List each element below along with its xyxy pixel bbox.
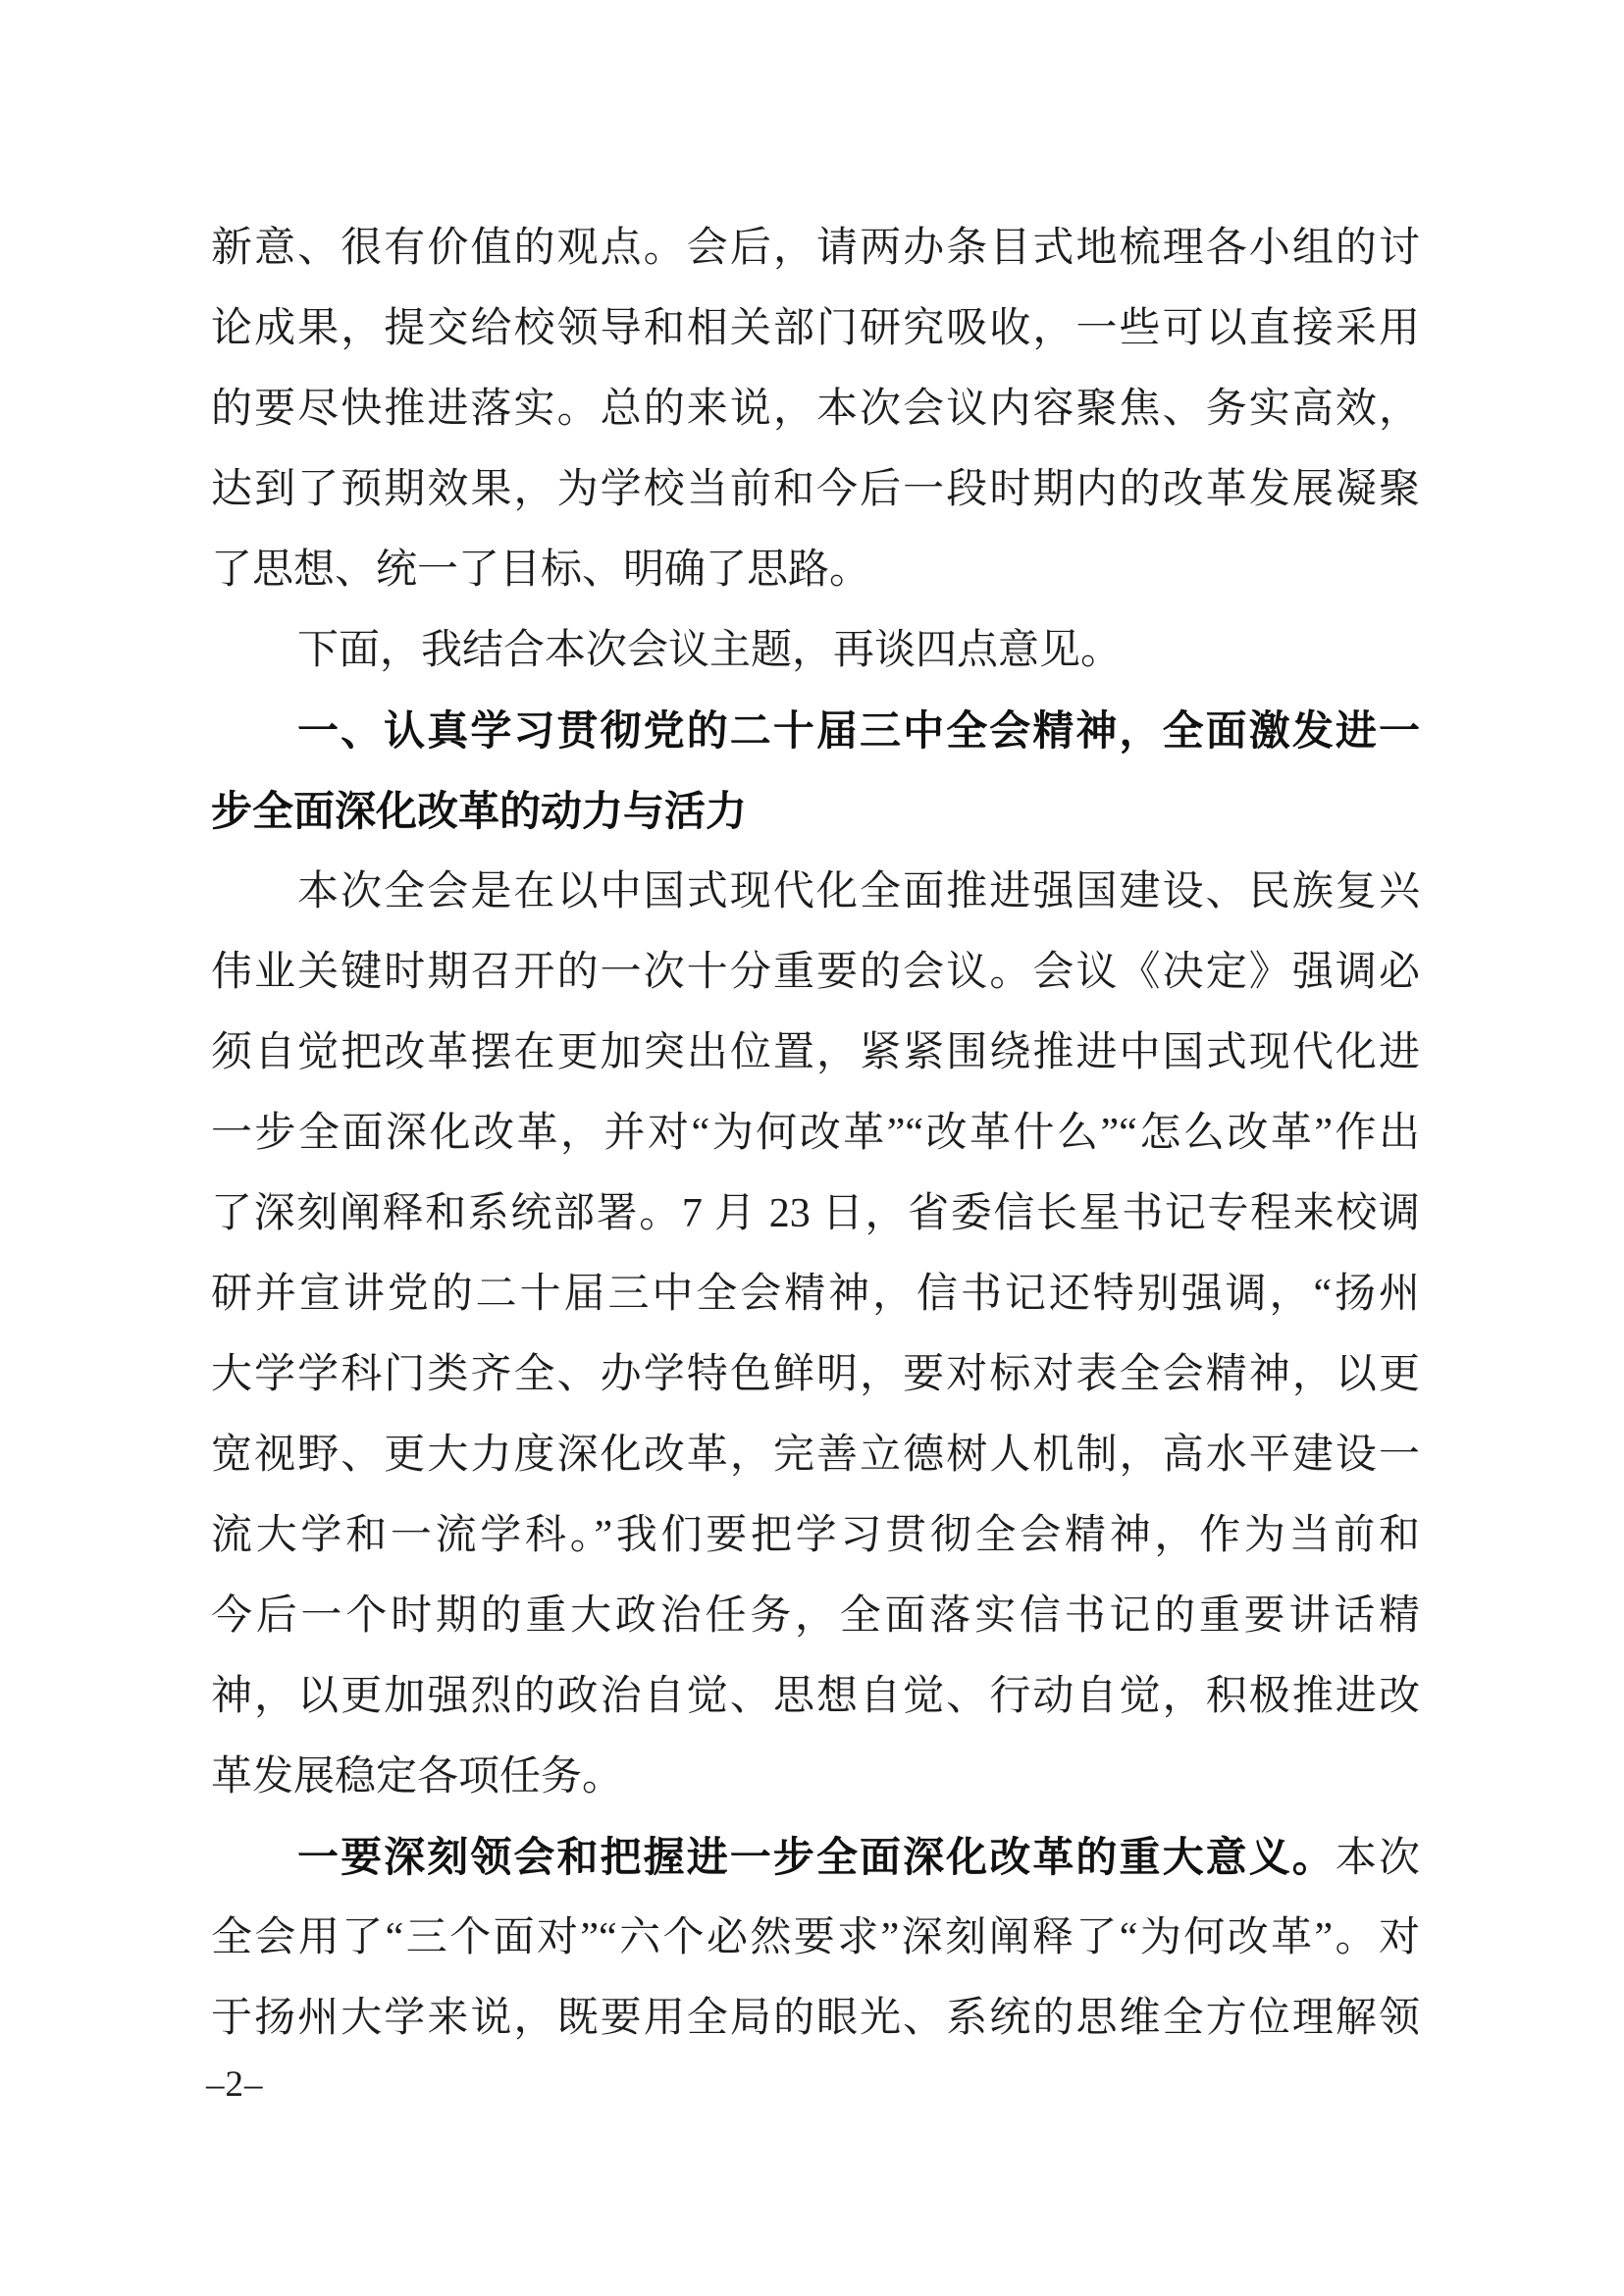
text-line: 一要深刻领会和把握进一步全面深化改革的重大意义。本次	[211, 1817, 1420, 1898]
body-text: 论成果，提交给校领导和相关部门研究吸收，一些可以直接采用	[211, 306, 1420, 351]
heading-line: 一、认真学习贯彻党的二十届三中全会精神，全面激发进一	[211, 691, 1420, 771]
body-text: 于扬州大学来说，既要用全局的眼光、系统的思维全方位理解领	[211, 1996, 1420, 2041]
document-page: 新意、很有价值的观点。会后，请两办条目式地梳理各小组的讨论成果，提交给校领导和相…	[0, 0, 1624, 2296]
body-text: 须自觉把改革摆在更加突出位置，紧紧围绕推进中国式现代化进	[211, 1030, 1420, 1075]
text-line: 革发展稳定各项任务。	[211, 1737, 1420, 1817]
text-line: 了深刻阐释和系统部署。7 月 23 日，省委信长星书记专程来校调	[211, 1174, 1420, 1254]
text-line: 流大学和一流学科。”我们要把学习贯彻全会精神，作为当前和	[211, 1495, 1420, 1576]
body-text: 本次全会是在以中国式现代化全面推进强国建设、民族复兴	[297, 869, 1420, 914]
body-text: 流大学和一流学科。”我们要把学习贯彻全会精神，作为当前和	[211, 1513, 1420, 1558]
heading-line: 步全面深化改革的动力与活力	[211, 771, 1420, 852]
body-text: 今后一个时期的重大政治任务，全面落实信书记的重要讲话精	[211, 1593, 1420, 1639]
text-line: 宽视野、更大力度深化改革，完善立德树人机制，高水平建设一	[211, 1415, 1420, 1495]
body-text: 全会用了“三个面对”“六个必然要求”深刻阐释了“为何改革”。对	[211, 1915, 1420, 1960]
text-line: 论成果，提交给校领导和相关部门研究吸收，一些可以直接采用	[211, 288, 1420, 369]
body-text: 研并宣讲党的二十届三中全会精神，信书记还特别强调，“扬州	[211, 1272, 1420, 1317]
body-text: 一步全面深化改革，并对“为何改革”“改革什么”“怎么改革”作出	[211, 1111, 1420, 1156]
text-line: 须自觉把改革摆在更加突出位置，紧紧围绕推进中国式现代化进	[211, 1013, 1420, 1093]
body-text: 革发展稳定各项任务。	[211, 1754, 623, 1800]
bold-text: 步全面深化改革的动力与活力	[211, 788, 747, 834]
body-text: 大学学科门类齐全、办学特色鲜明，要对标对表全会精神，以更	[211, 1352, 1420, 1397]
text-line: 下面，我结合本次会议主题，再谈四点意见。	[211, 610, 1420, 691]
text-line: 研并宣讲党的二十届三中全会精神，信书记还特别强调，“扬州	[211, 1254, 1420, 1334]
body-text: 新意、很有价值的观点。会后，请两办条目式地梳理各小组的讨	[211, 226, 1420, 271]
text-line: 本次全会是在以中国式现代化全面推进强国建设、民族复兴	[211, 852, 1420, 932]
bold-text: 一、认真学习贯彻党的二十届三中全会精神，全面激发进一	[297, 707, 1420, 754]
body-text: 了深刻阐释和系统部署。7 月 23 日，省委信长星书记专程来校调	[211, 1191, 1420, 1236]
body-text: 达到了预期效果，为学校当前和今后一段时期内的改革发展凝聚	[211, 467, 1420, 512]
page-number: –2–	[206, 2062, 264, 2108]
text-line: 今后一个时期的重大政治任务，全面落实信书记的重要讲话精	[211, 1576, 1420, 1656]
body-text: 宽视野、更大力度深化改革，完善立德树人机制，高水平建设一	[211, 1433, 1420, 1478]
text-line: 全会用了“三个面对”“六个必然要求”深刻阐释了“为何改革”。对	[211, 1898, 1420, 1978]
text-line: 神，以更加强烈的政治自觉、思想自觉、行动自觉，积极推进改	[211, 1656, 1420, 1737]
text-block: 新意、很有价值的观点。会后，请两办条目式地梳理各小组的讨论成果，提交给校领导和相…	[211, 208, 1420, 2059]
body-text: 神，以更加强烈的政治自觉、思想自觉、行动自觉，积极推进改	[211, 1674, 1420, 1719]
text-line: 新意、很有价值的观点。会后，请两办条目式地梳理各小组的讨	[211, 208, 1420, 288]
text-line: 的要尽快推进落实。总的来说，本次会议内容聚焦、务实高效，	[211, 369, 1420, 449]
body-text: 了思想、统一了目标、明确了思路。	[211, 548, 870, 593]
body-text: 的要尽快推进落实。总的来说，本次会议内容聚焦、务实高效，	[211, 387, 1420, 432]
bold-text: 一要深刻领会和把握进一步全面深化改革的重大意义。	[297, 1834, 1336, 1880]
text-line: 一步全面深化改革，并对“为何改革”“改革什么”“怎么改革”作出	[211, 1093, 1420, 1174]
text-line: 于扬州大学来说，既要用全局的眼光、系统的思维全方位理解领	[211, 1978, 1420, 2059]
text-line: 达到了预期效果，为学校当前和今后一段时期内的改革发展凝聚	[211, 449, 1420, 530]
body-text: 下面，我结合本次会议主题，再谈四点意见。	[297, 628, 1122, 673]
body-text: 本次	[1336, 1836, 1420, 1881]
text-line: 了思想、统一了目标、明确了思路。	[211, 530, 1420, 610]
text-line: 伟业关键时期召开的一次十分重要的会议。会议《决定》强调必	[211, 932, 1420, 1013]
text-line: 大学学科门类齐全、办学特色鲜明，要对标对表全会精神，以更	[211, 1334, 1420, 1415]
body-text: 伟业关键时期召开的一次十分重要的会议。会议《决定》强调必	[211, 950, 1420, 995]
